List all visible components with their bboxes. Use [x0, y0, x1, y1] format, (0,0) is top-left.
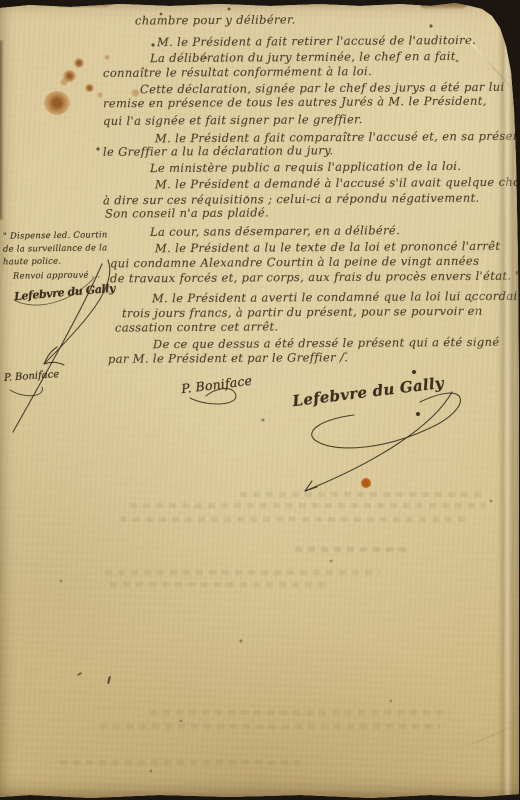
verso-showthrough: [150, 710, 450, 715]
handwritten-line: Son conseil n'a pas plaidé.: [105, 205, 269, 220]
verso-showthrough: [295, 547, 410, 552]
scan-edge-shadow: [0, 40, 4, 220]
foxing-stain: [85, 84, 94, 92]
fold-crease-right: [498, 0, 515, 800]
handwritten-line: le Greffier a lu la déclaration du jury.: [103, 143, 334, 159]
foxing-stain: [63, 70, 76, 82]
handwritten-line: de la surveillance de la: [3, 243, 107, 254]
handwritten-line: M. le Président a demandé à l'accusé s'i…: [155, 175, 520, 192]
handwritten-line: La délibération du jury terminée, le che…: [150, 49, 456, 65]
foxing-stain: [74, 58, 84, 68]
handwritten-line: trois jours francs, à partir du présent,…: [122, 304, 483, 321]
foxing-stain: [60, 78, 68, 86]
margin-signature-greffier: P. Boniface: [4, 369, 60, 384]
rust-spot: [361, 478, 371, 488]
handwritten-line: M. le Président a fait retirer l'accusé …: [157, 33, 476, 49]
foxing-stain: [44, 91, 70, 115]
verso-showthrough: [105, 570, 380, 575]
verso-showthrough: [130, 503, 485, 508]
handwritten-line: chambre pour y délibérer.: [135, 12, 296, 27]
handwritten-line: qui condamne Alexandre Courtin à la pein…: [110, 254, 479, 271]
handwritten-line: Le ministère public a requis l'applicati…: [150, 159, 461, 175]
handwritten-line: par M. le Président et par le Greffier ∕…: [108, 350, 348, 366]
paper-sheet: chambre pour y délibérer.M. le Président…: [0, 0, 520, 800]
handwritten-line: De ce que dessus a été dressé le présent…: [153, 335, 500, 351]
handwritten-line: " Dispense led. Courtin: [3, 230, 108, 241]
signature-greffier: P. Boniface: [180, 373, 253, 397]
edge-stain: [228, 0, 242, 4]
stray-ink-mark: [107, 676, 111, 684]
handwritten-line: M. le Président a fait comparaître l'acc…: [155, 129, 520, 146]
verso-showthrough: [60, 760, 300, 765]
dust-specks: [0, 0, 2, 2]
handwritten-line: Renvoi approuvé ...: [13, 270, 100, 281]
handwritten-line: haute police.: [3, 257, 61, 268]
handwritten-line: La cour, sans désemparer, en a délibéré.: [150, 223, 400, 239]
margin-signature-president: Lefebvre du Gally: [14, 282, 116, 304]
handwritten-line: de travaux forcés et, par corps, aux fra…: [110, 269, 520, 286]
edge-stain: [298, 0, 342, 6]
edge-stain: [58, 0, 112, 8]
handwritten-line: M. le Président a lu le texte de la loi …: [155, 239, 500, 255]
scanned-document-page: chambre pour y délibérer.M. le Président…: [0, 0, 520, 800]
verso-showthrough: [110, 582, 330, 587]
edge-stain: [420, 0, 468, 10]
handwritten-line: qui l'a signée et fait signer par le gre…: [103, 112, 363, 128]
verso-showthrough: [240, 492, 485, 497]
handwritten-line: M. le Président a averti le condamné que…: [152, 289, 520, 306]
handwritten-line: remise en présence de tous les autres Ju…: [103, 94, 487, 111]
handwritten-line: cassation contre cet arrêt.: [115, 319, 279, 334]
signature-president: Lefebvre du Gally: [291, 374, 444, 410]
edge-stain: [160, 0, 173, 5]
handwritten-line: à dire sur ces réquisitions ; celui-ci a…: [103, 191, 480, 208]
verso-showthrough: [120, 517, 470, 522]
verso-showthrough: [100, 724, 440, 729]
stray-ink-mark: [77, 672, 82, 676]
crease-bottom-right: [451, 719, 520, 753]
handwritten-line: connaître le résultat conformément à la …: [103, 64, 372, 80]
foxing-stain: [104, 55, 110, 60]
